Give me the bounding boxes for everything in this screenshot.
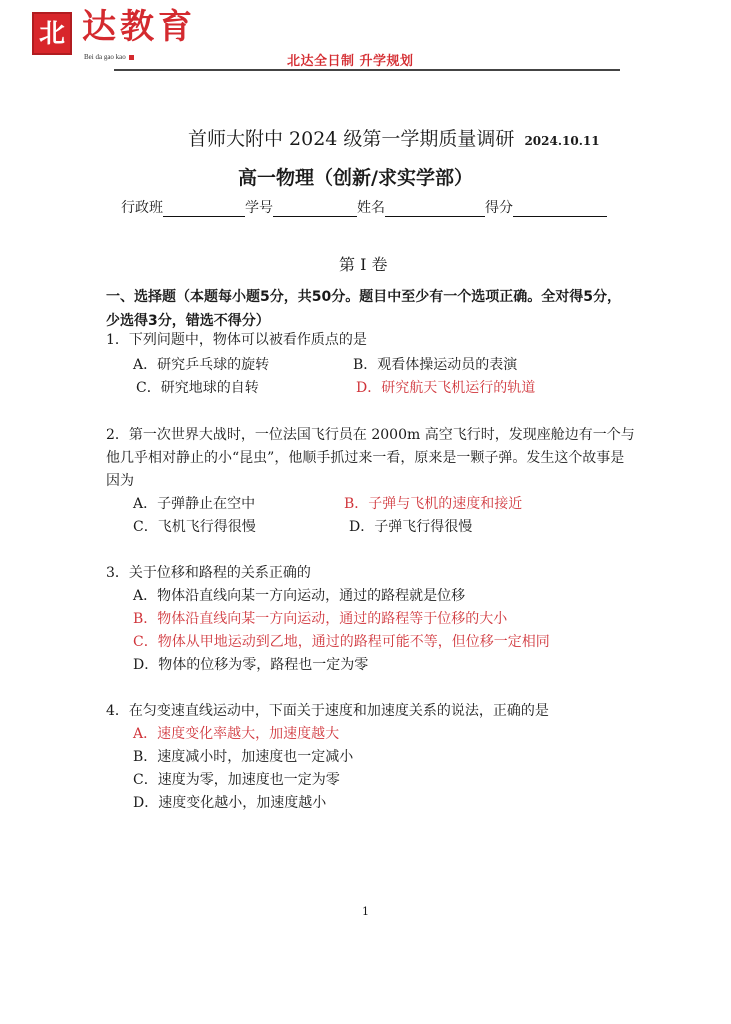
info-label-name: 姓名 xyxy=(357,197,385,217)
q3-option-a[interactable]: A．物体沿直线向某一方向运动，通过的路程就是位移 xyxy=(133,585,465,605)
logo-square-icon xyxy=(129,55,134,60)
q1-option-c[interactable]: C．研究地球的自转 xyxy=(136,377,259,397)
page-number: 1 xyxy=(362,905,369,918)
logo-pinyin: Bei da gao kao xyxy=(84,53,134,61)
question-stem: 4．在匀变速直线运动中，下面关于速度和加速度关系的说法，正确的是 xyxy=(106,700,636,723)
question-text: 关于位移和路程的关系正确的 xyxy=(129,565,311,581)
question-number: 4． xyxy=(106,703,129,719)
q4-option-c[interactable]: C．速度为零，加速度也一定为零 xyxy=(133,769,340,789)
exam-date: 2024.10.11 xyxy=(524,134,599,148)
volume-heading: 第 I 卷 xyxy=(339,252,388,275)
question-2: 2．第一次世界大战时，一位法国飞行员在 2000m 高空飞行时，发现座舱边有一个… xyxy=(106,424,636,493)
student-info-row: 行政班 学号 姓名 得分 xyxy=(121,197,607,217)
logo-pinyin-text: Bei da gao kao xyxy=(84,53,126,61)
question-stem: 3．关于位移和路程的关系正确的 xyxy=(106,562,636,585)
info-label-id: 学号 xyxy=(245,197,273,217)
q2-option-a[interactable]: A．子弹静止在空中 xyxy=(133,493,255,513)
question-text: 第一次世界大战时，一位法国飞行员在 2000m 高空飞行时，发现座舱边有一个与他… xyxy=(106,427,635,489)
q4-option-b[interactable]: B．速度减小时，加速度也一定减小 xyxy=(133,746,353,766)
section-instructions: 一、选择题（本题每小题5分，共50分。题目中至少有一个选项正确。全对得5分，少选… xyxy=(106,285,634,333)
question-stem: 2．第一次世界大战时，一位法国飞行员在 2000m 高空飞行时，发现座舱边有一个… xyxy=(106,424,636,493)
logo-mark: 北 xyxy=(32,12,72,55)
info-label-score: 得分 xyxy=(485,197,513,217)
score-field[interactable] xyxy=(513,200,607,217)
q1-option-d[interactable]: D．研究航天飞机运行的轨道 xyxy=(356,377,535,397)
header-slogan: 北达全日制 升学规划 xyxy=(287,50,414,69)
q3-option-b[interactable]: B．物体沿直线向某一方向运动，通过的路程等于位移的大小 xyxy=(133,608,507,628)
q4-option-d[interactable]: D．速度变化越小，加速度越小 xyxy=(133,792,326,812)
question-number: 3． xyxy=(106,565,129,581)
question-number: 1． xyxy=(106,332,129,348)
question-text: 在匀变速直线运动中，下面关于速度和加速度关系的说法，正确的是 xyxy=(129,703,549,719)
q1-option-a[interactable]: A．研究乒乓球的旋转 xyxy=(133,354,269,374)
info-label-class: 行政班 xyxy=(121,197,163,217)
exam-title: 首师大附中 2024 级第一学期质量调研2024.10.11 xyxy=(188,124,600,151)
q2-option-d[interactable]: D．子弹飞行得很慢 xyxy=(349,516,472,536)
question-text: 下列问题中，物体可以被看作质点的是 xyxy=(129,332,367,348)
student-id-field[interactable] xyxy=(273,200,357,217)
q2-option-c[interactable]: C．飞机飞行得很慢 xyxy=(133,516,256,536)
q3-option-d[interactable]: D．物体的位移为零，路程也一定为零 xyxy=(133,654,368,674)
q4-option-a[interactable]: A．速度变化率越大，加速度越大 xyxy=(133,723,339,743)
q1-option-b[interactable]: B．观看体操运动员的表演 xyxy=(353,354,517,374)
question-number: 2． xyxy=(106,427,129,443)
name-field[interactable] xyxy=(385,200,485,217)
q2-option-b[interactable]: B．子弹与飞机的速度和接近 xyxy=(344,493,522,513)
q3-option-c[interactable]: C．物体从甲地运动到乙地，通过的路程可能不等，但位移一定相同 xyxy=(133,631,550,651)
question-1: 1．下列问题中，物体可以被看作质点的是 xyxy=(106,329,636,352)
subject-title: 高一物理（创新/求实学部） xyxy=(238,163,473,190)
question-3: 3．关于位移和路程的关系正确的 xyxy=(106,562,636,585)
question-stem: 1．下列问题中，物体可以被看作质点的是 xyxy=(106,329,636,352)
question-4: 4．在匀变速直线运动中，下面关于速度和加速度关系的说法，正确的是 xyxy=(106,700,636,723)
logo-name: 达教育 xyxy=(82,10,196,44)
header-divider xyxy=(114,69,620,71)
logo-mark-char: 北 xyxy=(39,21,65,47)
exam-title-text: 首师大附中 2024 级第一学期质量调研 xyxy=(188,128,514,150)
class-field[interactable] xyxy=(163,200,245,217)
